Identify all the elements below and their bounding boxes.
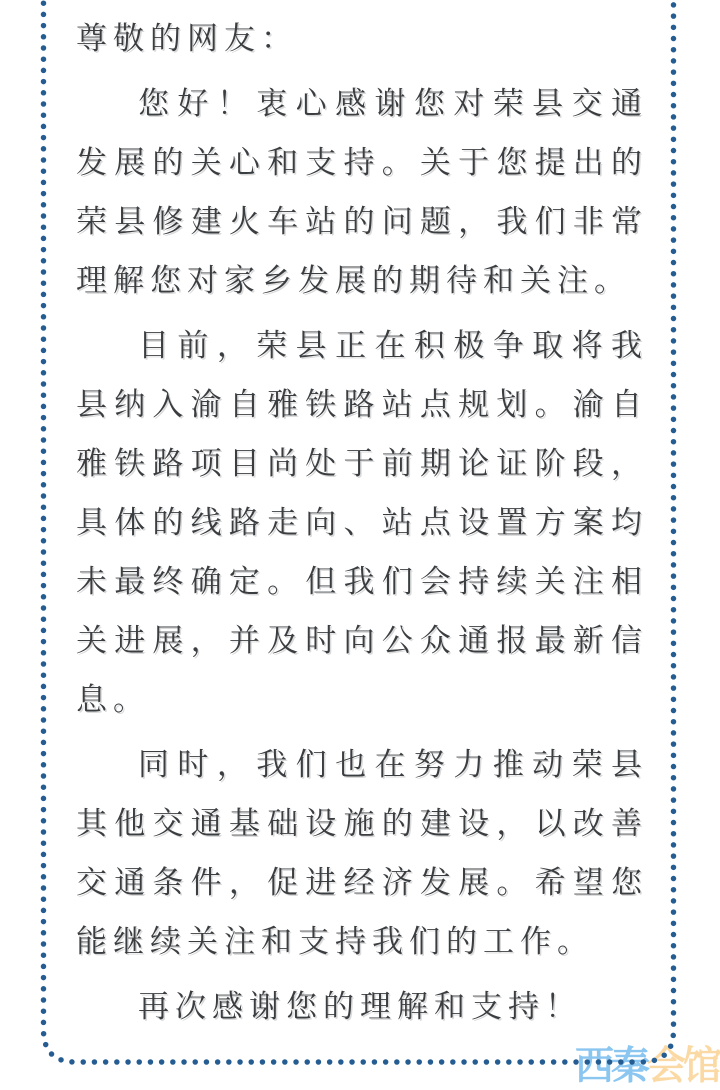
salutation: 尊敬的网友： [76, 9, 648, 68]
watermark-part-orange: 会馆 [647, 1045, 719, 1088]
paragraph-closing-thanks: 再次感谢您的理解和支持！ [76, 977, 648, 1036]
watermark-xiqin-huiguan: 西秦会馆 [575, 1046, 719, 1088]
salutation-text: 尊敬的网友： [76, 21, 298, 56]
paragraph-other-infrastructure: 同时，我们也在努力推动荣县其他交通基础设施的建设，以改善交通条件，促进经济发展。… [76, 735, 648, 971]
watermark-part-blue: 西秦 [575, 1045, 647, 1088]
paragraph-greeting-thanks: 您好！衷心感谢您对荣县交通发展的关心和支持。关于您提出的荣县修建火车站的问题，我… [76, 74, 648, 310]
letter-body: 尊敬的网友： 您好！衷心感谢您对荣县交通发展的关心和支持。关于您提出的荣县修建火… [76, 9, 648, 1042]
reply-letter-page: 西秦会馆 尊敬的网友： 您好！衷心感谢您对荣县交通发展的关心和支持。关于您提出的… [0, 0, 720, 1090]
paragraph-railway-status: 目前，荣县正在积极争取将我县纳入渝自雅铁路站点规划。渝自雅铁路项目尚处于前期论证… [76, 316, 648, 729]
